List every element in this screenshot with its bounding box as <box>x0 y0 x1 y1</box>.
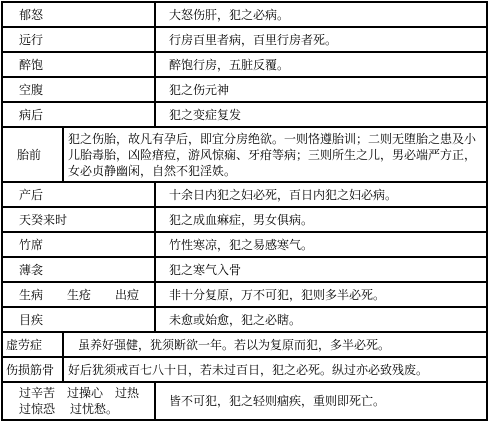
row-5-text: 犯之变症复发 <box>156 103 486 126</box>
taboo-table: 郁怒 大怒伤肝，犯之必病。 远行 行房百里者病，百里行房者死。 醉饱 醉饱行房，… <box>1 1 488 421</box>
row-3-label: 醉饱 <box>3 53 154 76</box>
row-12-text: 未愈或始愈，犯之必瞎。 <box>156 308 486 331</box>
row-8-label: 天癸来时 <box>3 208 154 231</box>
row-10-text: 犯之寒气入骨 <box>156 258 486 281</box>
row-4-label: 空腹 <box>3 78 154 101</box>
row-7-text: 十余日内犯之妇必死，百日内犯之妇必病。 <box>156 183 486 206</box>
row-15-text: 皆不可犯，犯之轻则痼疾，重则即死亡。 <box>156 383 486 419</box>
row-14-text: 好后犹须戒百七八十日，若未过百日，犯之必死。纵过亦必致残废。 <box>64 358 486 381</box>
row-5-label: 病后 <box>3 103 154 126</box>
row-15-label: 过辛苦 过操心 过热 过惊恐 过忧愁。 <box>3 383 154 419</box>
row-7-label: 产后 <box>3 183 154 206</box>
row-1-text: 大怒伤肝，犯之必病。 <box>156 3 486 26</box>
row-6-text: 犯之伤胎，故凡有孕后，即宜分房绝欲。一则恪遵胎训；二则无堕胎之患及小儿胎毒胎，凶… <box>64 128 486 181</box>
row-8-text: 犯之成血痳症，男女俱病。 <box>156 208 486 231</box>
row-9-label: 竹席 <box>3 233 154 256</box>
document-page: 郁怒 大怒伤肝，犯之必病。 远行 行房百里者病，百里行房者死。 醉饱 醉饱行房，… <box>0 0 490 424</box>
row-9-text: 竹性寒凉，犯之易感寒气。 <box>156 233 486 256</box>
row-6-label: 胎前 <box>3 128 62 181</box>
row-1-label: 郁怒 <box>3 3 154 26</box>
row-11-text: 非十分复原，万不可犯，犯则多半必死。 <box>156 283 486 306</box>
row-11-label: 生病 生疮 出痘 <box>3 283 154 306</box>
row-2-label: 远行 <box>3 28 154 51</box>
row-2-text: 行房百里者病，百里行房者死。 <box>156 28 486 51</box>
row-14-label: 伤损筋骨 <box>3 358 62 381</box>
row-3-text: 醉饱行房，五脏反覆。 <box>156 53 486 76</box>
row-13-text: 虽养好强健，犹须断欲一年。若以为复原而犯，多半必死。 <box>64 333 486 356</box>
row-13-label: 虚劳症 <box>3 333 62 356</box>
row-12-label: 目疾 <box>3 308 154 331</box>
row-10-label: 薄衾 <box>3 258 154 281</box>
row-4-text: 犯之伤元神 <box>156 78 486 101</box>
